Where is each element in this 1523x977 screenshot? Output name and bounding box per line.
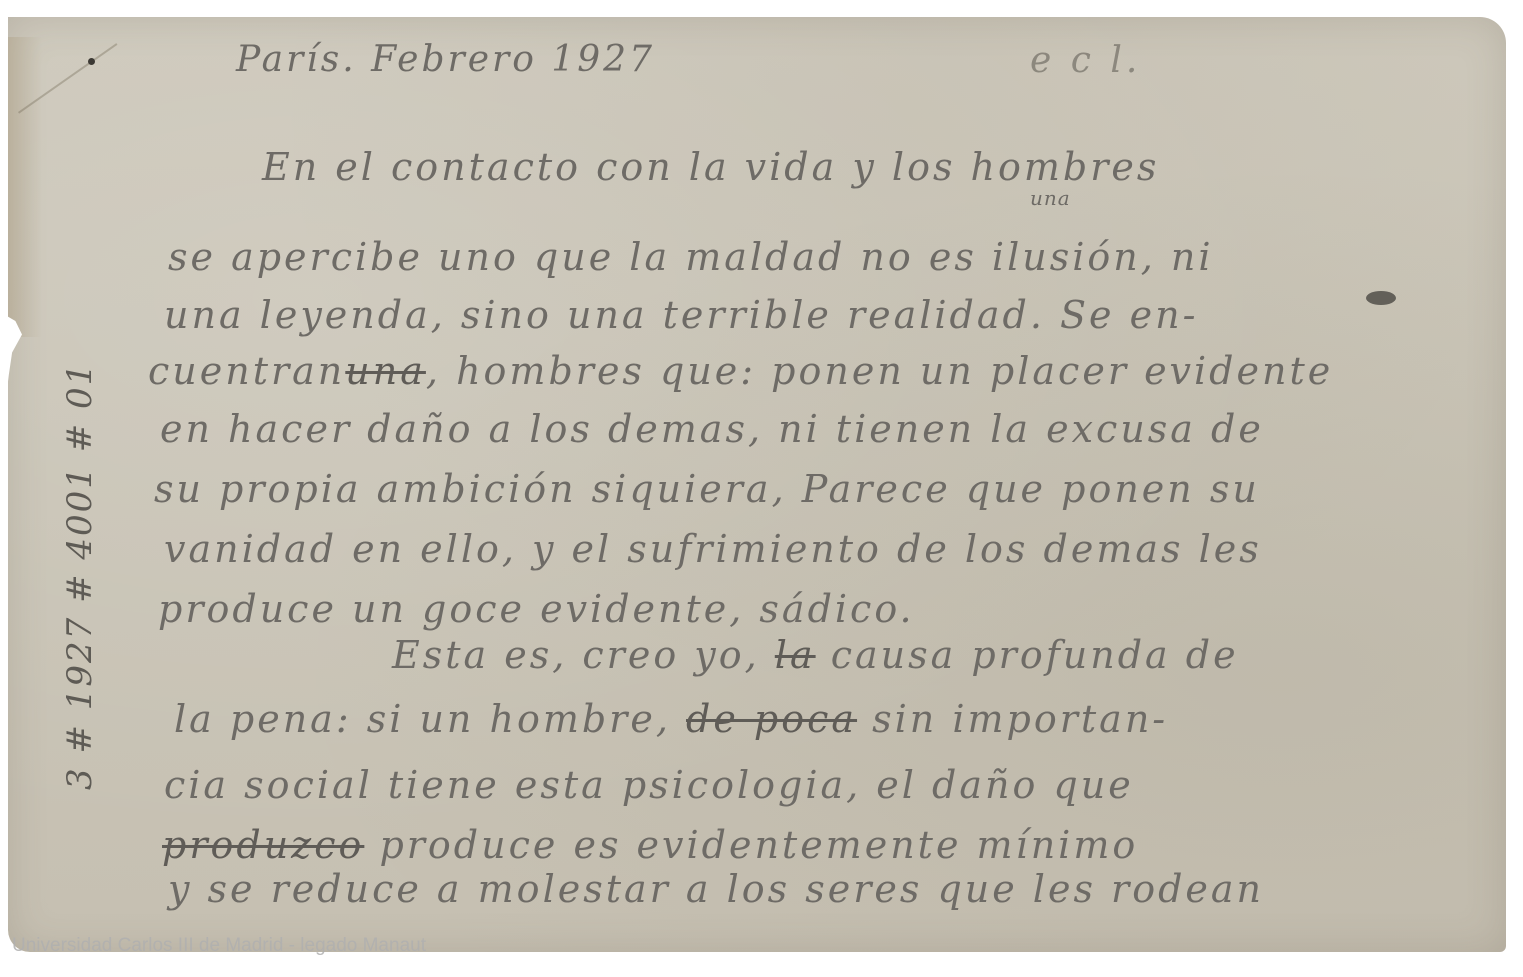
letter-heading-date: París. Febrero 1927 [236, 42, 655, 78]
worn-left-edge [8, 37, 42, 337]
line-10-start: la pena: si un hombre, [174, 697, 686, 741]
letter-line-13: y se reduce a molestar a los seres que l… [168, 870, 1264, 908]
letter-line-9: Esta es, creo yo, la causa profunda de [392, 636, 1239, 674]
line-10-end: sin importan- [857, 697, 1168, 741]
archive-reference-code: 3 # 1927 # 4001 # 01 [60, 362, 100, 790]
line-12-end: produce es evidentemente mínimo [364, 823, 1138, 867]
letter-line-6: su propia ambición siquiera, Parece que … [154, 470, 1260, 508]
struck-word: una [345, 349, 426, 393]
letter-line-5: en hacer daño a los demas, ni tienen la … [160, 410, 1264, 448]
letter-line-11: cia social tiene esta psicologia, el dañ… [164, 766, 1134, 804]
letter-line-3: una leyenda, sino una terrible realidad.… [164, 296, 1198, 334]
letter-line-2: se apercibe uno que la maldad no es ilus… [168, 238, 1214, 276]
letter-line-1: En el contacto con la vida y los hombres [262, 148, 1159, 186]
letter-line-4: cuentranuna, hombres que: ponen un place… [148, 352, 1333, 390]
letter-line-8: produce un goce evidente, sádico. [158, 590, 915, 628]
institution-watermark: Universidad Carlos III de Madrid - legad… [12, 935, 426, 957]
line-4-end: , hombres que: ponen un placer evidente [426, 349, 1333, 393]
line-9-end: causa profunda de [816, 633, 1239, 677]
letter-line-12: produzco produce es evidentemente mínimo [162, 826, 1138, 864]
ink-dot [88, 58, 95, 65]
struck-word: produzco [162, 823, 364, 867]
graphite-smudge [1366, 291, 1396, 305]
line-4-start: cuentran [148, 349, 345, 393]
letter-line-7: vanidad en ello, y el sufrimiento de los… [164, 530, 1262, 568]
line-9-start: Esta es, creo yo, [392, 633, 775, 677]
struck-word: la [775, 633, 816, 677]
struck-word: de poca [686, 697, 857, 741]
letter-line-10: la pena: si un hombre, de poca sin impor… [174, 700, 1168, 738]
interlinear-insertion: una [1030, 188, 1071, 208]
bleed-through-mark: e c l. [1030, 40, 1141, 81]
